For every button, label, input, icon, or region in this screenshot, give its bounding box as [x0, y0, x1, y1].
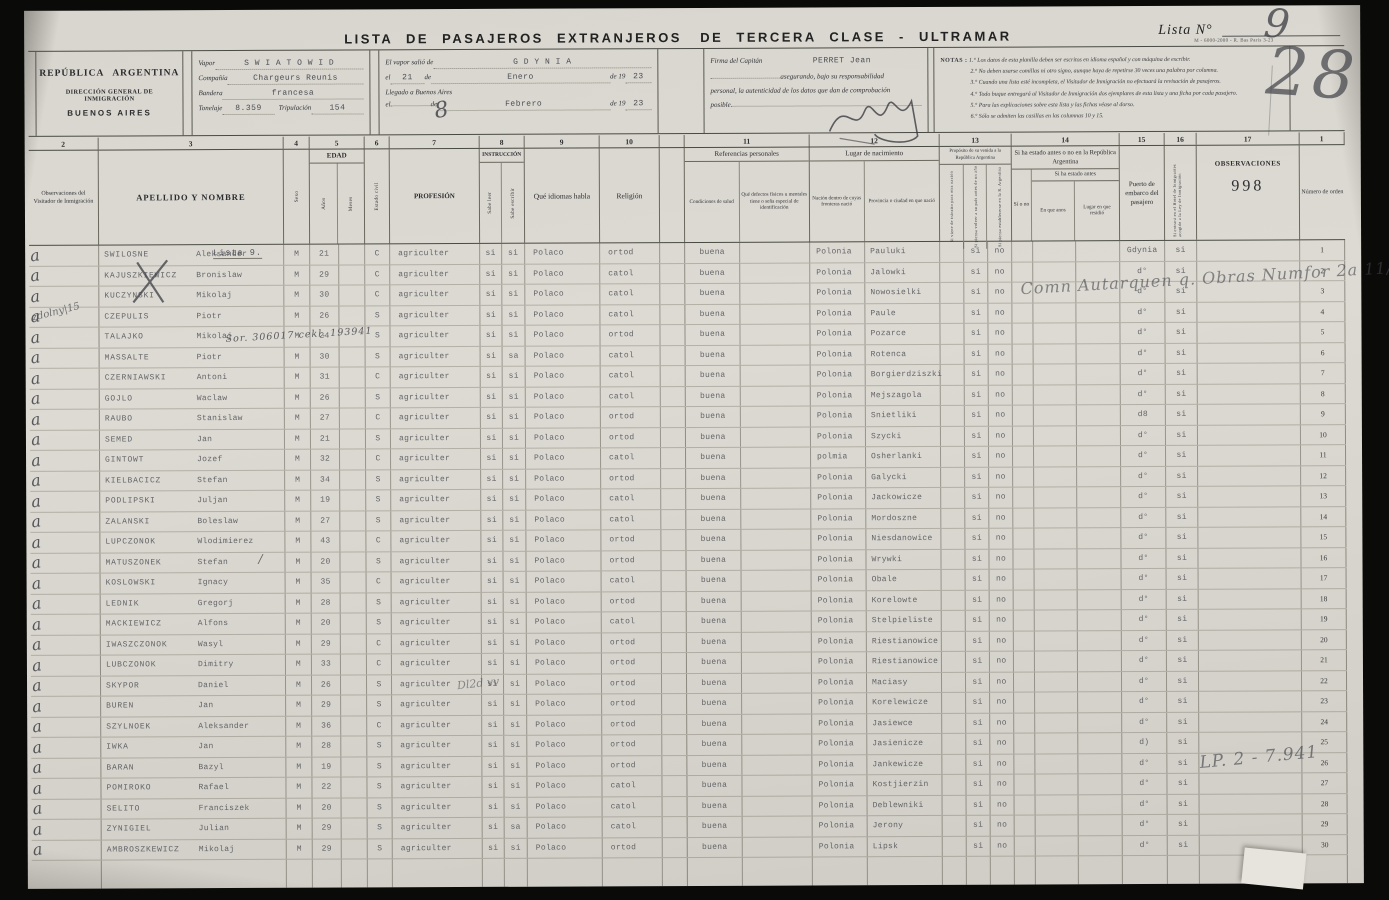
cell-estado-civil: C — [367, 572, 392, 592]
cell-en-que-anos — [1035, 672, 1078, 692]
cell-salud: buena — [687, 673, 742, 693]
cell-sabe-leer: si — [480, 244, 502, 264]
cell-establecerse: no — [989, 508, 1013, 528]
cell-sabe-leer: si — [482, 572, 504, 592]
cell-idiomas: Polaco — [526, 366, 601, 386]
cell-salud: buena — [688, 796, 743, 816]
cell-sexo: M — [286, 573, 312, 593]
cell-estado-civil: S — [367, 695, 392, 715]
cell-meses — [342, 839, 368, 859]
cell-nacion: Polonia — [811, 345, 866, 365]
cell-profesion: agriculter — [391, 490, 481, 510]
cell-establecerse: no — [991, 836, 1015, 856]
cell-salud: buena — [686, 448, 741, 468]
cell-anos: 29 — [313, 839, 342, 859]
cell-ciudad: Jalowki — [865, 262, 940, 282]
cell-estado-antes — [1014, 693, 1035, 713]
cell-defectos — [742, 734, 812, 754]
cell-estado-antes — [1014, 754, 1035, 774]
cell-name: AMBROSZKEWICZMikolaj — [102, 839, 287, 859]
vapor-label: Vapor — [198, 59, 215, 67]
cell-defectos — [742, 611, 812, 631]
cell-lugar-residio — [1078, 631, 1122, 651]
cell-anos: 30 — [311, 347, 340, 367]
cell-sexo — [287, 860, 313, 888]
cell-nacion: Polonia — [813, 816, 868, 836]
cell-transito — [942, 590, 966, 610]
col-num: 2 — [29, 138, 99, 150]
cell-puerto: d° — [1123, 794, 1168, 814]
col-num: 10 — [600, 135, 660, 147]
captain-box: Firma del CapitánPERRET Jean asegurando,… — [703, 48, 928, 133]
cell-meses — [339, 244, 365, 264]
cell-blank — [661, 469, 686, 489]
cell-profesion: agriculter — [392, 695, 482, 715]
cell-religion: catol — [601, 387, 661, 407]
cell-sexo: M — [286, 593, 312, 613]
cell-ciudad: Korelowte — [867, 590, 942, 610]
cell-sabe-leer: si — [482, 736, 504, 756]
cell-establecerse: no — [990, 570, 1014, 590]
cell-idiomas: Polaco — [528, 838, 603, 858]
cell-numero-orden: 11 — [1301, 445, 1346, 465]
cell-establecerse: no — [990, 672, 1014, 692]
cell-establecerse: no — [988, 283, 1012, 303]
cell-sabe-escribir: si — [503, 531, 526, 551]
cell-profesion: agriculter — [390, 285, 480, 305]
col-num: 5 — [310, 136, 365, 148]
col-num: 17 — [1197, 132, 1300, 144]
cell-establecerse: no — [989, 385, 1013, 405]
cell-hotel: si — [1165, 323, 1197, 343]
cell-anos: 29 — [312, 696, 341, 716]
cell-lugar-residio — [1078, 774, 1122, 794]
cell-observaciones — [1198, 486, 1301, 506]
col-header-apellido: APELLIDO Y NOMBRE — [99, 150, 283, 245]
cell-sabe-leer: si — [480, 305, 502, 325]
cell-salud: buena — [687, 653, 742, 673]
cell-religion: ortod — [601, 551, 661, 571]
col-header-estado-antes: Si ha estado antes o no en la República … — [1012, 146, 1119, 169]
cell-visitador-mark: a — [31, 779, 101, 799]
cell-estado-civil: S — [366, 490, 391, 510]
cell-transito — [942, 652, 966, 672]
cell-anos: 21 — [311, 429, 340, 449]
cell-observaciones — [1198, 384, 1301, 404]
cell-religion: ortod — [602, 715, 662, 735]
cell-visitador-mark: a — [30, 451, 100, 471]
cell-establecerse: no — [990, 631, 1014, 651]
salio-month: Enero — [431, 72, 610, 84]
cell-en-que-anos — [1033, 241, 1076, 261]
ship-box: VaporS W I A T O W I D CompañíaChargeurs… — [191, 50, 370, 135]
col-num: 13 — [940, 134, 1012, 146]
cell-estado-antes — [1013, 447, 1034, 467]
cell-visitador-mark: a — [31, 656, 101, 676]
cell-ciudad: Paule — [865, 303, 940, 323]
cell-defectos — [741, 406, 811, 426]
cell-transito — [942, 734, 966, 754]
cell-meses — [339, 285, 365, 305]
cell-puerto: d° — [1122, 692, 1167, 712]
cell-blank — [660, 284, 685, 304]
cell-idiomas: Polaco — [527, 776, 602, 796]
cell-numero-orden: 18 — [1302, 589, 1347, 609]
cell-anos: 29 — [313, 819, 342, 839]
cell-nacion: Polonia — [812, 591, 867, 611]
cell-visitador-mark: a — [30, 512, 100, 532]
salio-port: G D Y N I A — [433, 57, 651, 69]
cell-anos: 21 — [310, 245, 339, 265]
cell-lugar-residio — [1078, 569, 1122, 589]
cell-defectos — [742, 652, 812, 672]
cell-volver: si — [967, 836, 991, 856]
cell-nacion: Polonia — [812, 632, 867, 652]
voyage-box: El vapor salió deG D Y N I A el21 deEner… — [378, 49, 658, 134]
cell-salud: buena — [687, 714, 742, 734]
cell-visitador-mark: a — [31, 574, 101, 594]
cell-sexo: M — [287, 819, 313, 839]
cell-blank — [661, 407, 686, 427]
cell-blank — [661, 551, 686, 571]
cell-puerto: d) — [1122, 733, 1167, 753]
col-header-numero-orden: Número de orden — [1300, 145, 1345, 239]
cell-nacion: Polonia — [812, 734, 867, 754]
col-num: 3 — [99, 137, 284, 150]
cell-estado-antes — [1013, 365, 1034, 385]
cell-estado-civil: S — [366, 429, 391, 449]
cell-volver: si — [965, 385, 989, 405]
cell-hotel: si — [1168, 815, 1200, 835]
col-header-sabe-escribir: Sabe escribir — [510, 187, 516, 218]
cell-numero-orden: 29 — [1303, 814, 1348, 834]
cell-sabe-escribir: si — [504, 715, 527, 735]
cell-estado-antes — [1015, 836, 1036, 856]
cell-observaciones — [1198, 445, 1301, 465]
cell-salud: buena — [687, 571, 742, 591]
cell-salud: buena — [687, 694, 742, 714]
vapor-value: S W I A T O W I D — [215, 58, 363, 70]
cell-sexo: M — [285, 511, 311, 531]
cell-blank — [662, 735, 687, 755]
cell-ciudad: Pozarce — [865, 324, 940, 344]
cell-hotel: si — [1167, 712, 1199, 732]
cell-meses — [340, 470, 366, 490]
cell-observaciones — [1199, 589, 1302, 609]
cell-numero-orden: 5 — [1300, 322, 1345, 342]
cell-volver: si — [964, 262, 988, 282]
cell-idiomas: Polaco — [527, 715, 602, 735]
cell-religion: catol — [601, 366, 661, 386]
cell-volver: si — [965, 467, 989, 487]
cell-nacion: Polonia — [811, 427, 866, 447]
cell-blank — [661, 387, 686, 407]
cell-anos: 29 — [312, 634, 341, 654]
cell-estado-antes — [1015, 816, 1036, 836]
cell-volver: si — [965, 529, 989, 549]
cell-en-que-anos — [1033, 303, 1076, 323]
cell-volver: si — [965, 488, 989, 508]
cell-salud — [688, 858, 743, 886]
cell-lugar-residio — [1078, 590, 1122, 610]
cell-en-que-anos — [1034, 344, 1077, 364]
cell-defectos — [741, 550, 811, 570]
cell-blank — [663, 797, 688, 817]
cell-name: POMIROKORafael — [101, 778, 286, 798]
cell-blank — [662, 633, 687, 653]
cell-sexo: M — [286, 737, 312, 757]
cell-numero-orden: 1 — [1300, 240, 1345, 260]
cell-puerto: d° — [1120, 302, 1165, 322]
cell-sabe-leer: si — [482, 654, 504, 674]
column-header-row: Observaciones del Visitador de Inmigraci… — [29, 145, 1345, 246]
cell-numero-orden: 24 — [1302, 712, 1347, 732]
cell-salud: buena — [687, 632, 742, 652]
cell-sabe-escribir: si — [504, 736, 527, 756]
cell-name: ZALANSKIBoleslaw — [100, 511, 285, 531]
cell-sabe-leer: si — [481, 387, 503, 407]
cell-observaciones — [1199, 691, 1302, 711]
cell-transito — [940, 262, 964, 282]
cell-religion: ortod — [601, 407, 661, 427]
cell-blank — [661, 346, 686, 366]
cell-visitador-mark: a — [30, 553, 100, 573]
cell-ciudad: Szycki — [866, 426, 941, 446]
cell-profesion: agriculter — [392, 572, 482, 592]
cell-ciudad: Jankewicze — [867, 754, 942, 774]
cell-meses — [341, 757, 367, 777]
cell-sabe-escribir: si — [504, 633, 527, 653]
cell-defectos — [741, 488, 811, 508]
cell-sexo: M — [285, 429, 311, 449]
cell-lugar-residio — [1079, 815, 1123, 835]
cell-estado-civil: C — [367, 654, 392, 674]
cell-puerto — [1123, 856, 1168, 884]
cell-sabe-escribir: si — [502, 326, 525, 346]
cell-idiomas: Polaco — [527, 633, 602, 653]
cell-puerto: Gdynia — [1120, 241, 1165, 261]
cell-estado-antes — [1014, 713, 1035, 733]
cell-blank — [662, 694, 687, 714]
cell-sabe-leer: si — [483, 818, 505, 838]
cell-puerto: d8 — [1121, 405, 1166, 425]
cell-en-que-anos — [1035, 733, 1078, 753]
col-num: 14 — [1012, 133, 1120, 145]
cell-volver: si — [966, 590, 990, 610]
llegada-year: 23 — [625, 99, 651, 110]
cell-sexo: M — [284, 265, 310, 285]
cell-en-que-anos — [1036, 836, 1079, 856]
cell-hotel: si — [1167, 671, 1199, 691]
col-header-lugar-nacimiento: Lugar de nacimiento — [810, 147, 939, 162]
cell-idiomas: Polaco — [525, 243, 600, 263]
cell-blank — [663, 858, 688, 886]
cell-estado-civil: C — [365, 265, 390, 285]
cell-religion: catol — [603, 817, 663, 837]
cell-observaciones — [1198, 425, 1301, 445]
cell-ciudad: Riestianowice — [867, 652, 942, 672]
cell-name: KUCZYNSKIMikolaj — [99, 286, 284, 306]
org-country-right: ARGENTINA — [112, 68, 179, 78]
page-title-left: LISTA DE PASAJEROS EXTRANJEROS — [344, 30, 682, 46]
cell-idiomas: Polaco — [525, 325, 600, 345]
cell-establecerse: no — [990, 652, 1014, 672]
cell-salud: buena — [686, 530, 741, 550]
cell-estado-civil: C — [366, 531, 391, 551]
cell-visitador-mark: a — [30, 533, 100, 553]
cell-en-que-anos — [1034, 467, 1077, 487]
cell-name: LEDNIKGregorj — [101, 593, 286, 613]
cell-volver: si — [966, 734, 990, 754]
cell-sabe-leer: si — [482, 613, 504, 633]
cell-defectos — [741, 427, 811, 447]
cell-name: SZYLNOEKAleksander — [101, 716, 286, 736]
tonelaje-label: Tonelaje — [198, 104, 222, 112]
cell-transito — [942, 672, 966, 692]
cell-sabe-escribir — [505, 859, 528, 887]
de19-label: de 19 — [610, 72, 625, 80]
salio-year: 23 — [625, 72, 651, 83]
cell-hotel: si — [1166, 364, 1198, 384]
cell-observaciones — [1199, 609, 1302, 629]
nota-6: 6.° Sólo se admiten las casillas en las … — [941, 110, 1284, 123]
cell-anos: 28 — [312, 737, 341, 757]
cell-puerto: d° — [1122, 630, 1167, 650]
cell-numero-orden: 15 — [1301, 527, 1346, 547]
cell-estado-antes — [1014, 631, 1035, 651]
cell-idiomas: Polaco — [526, 346, 601, 366]
cell-puerto: d° — [1122, 774, 1167, 794]
cell-en-que-anos — [1034, 528, 1077, 548]
cell-salud: buena — [686, 407, 741, 427]
cell-blank — [662, 674, 687, 694]
cell-nacion: Polonia — [812, 714, 867, 734]
bandera-value: francesa — [223, 88, 364, 100]
cell-nacion: Polonia — [811, 365, 866, 385]
cell-sabe-escribir: si — [502, 305, 525, 325]
cell-nacion: Polonia — [812, 652, 867, 672]
cell-lugar-residio — [1077, 487, 1121, 507]
cell-defectos — [741, 365, 811, 385]
cell-en-que-anos — [1034, 405, 1077, 425]
compania-value: Chargeurs Reunis — [228, 73, 364, 85]
cell-puerto: d° — [1122, 569, 1167, 589]
cell-anos — [313, 860, 342, 888]
cell-salud: buena — [687, 735, 742, 755]
cell-puerto: d° — [1122, 589, 1167, 609]
cell-transito — [940, 283, 964, 303]
tripulacion-value: 154 — [311, 103, 363, 114]
cell-religion: catol — [602, 571, 662, 591]
cell-establecerse: no — [989, 467, 1013, 487]
cell-meses — [341, 675, 367, 695]
cell-idiomas: Polaco — [527, 571, 602, 591]
cell-hotel: si — [1167, 733, 1199, 753]
cell-estado-civil: S — [367, 593, 392, 613]
cell-profesion: agriculter — [393, 818, 483, 838]
cell-anos: 35 — [312, 573, 341, 593]
cell-estado-antes — [1014, 570, 1035, 590]
cell-idiomas: Polaco — [528, 797, 603, 817]
cell-visitador-mark: a — [30, 369, 100, 389]
cell-observaciones — [1198, 363, 1301, 383]
cell-observaciones — [1199, 650, 1302, 670]
cell-transito — [941, 529, 965, 549]
cell-volver: si — [965, 426, 989, 446]
cell-lugar-residio — [1076, 323, 1120, 343]
form-header-band: REPÚBLICA ARGENTINA DIRECCIÓN GENERAL DE… — [28, 45, 1344, 137]
cell-profesion: agriculter — [391, 510, 481, 530]
sheet-stamp-998: 998 — [1197, 177, 1299, 195]
col-header-condiciones-salud: Condiciones de salud — [685, 162, 740, 242]
cell-blank — [662, 592, 687, 612]
cell-anos: 26 — [312, 675, 341, 695]
cell-lugar-residio — [1077, 508, 1121, 528]
cell-meses — [341, 613, 367, 633]
col-header-religion: Religión — [600, 148, 659, 242]
cell-visitador-mark: a — [29, 266, 99, 286]
cell-meses — [340, 347, 366, 367]
cell-religion: catol — [601, 489, 661, 509]
cell-observaciones — [1198, 343, 1301, 363]
cell-profesion: agriculter — [391, 387, 481, 407]
cell-puerto: d° — [1121, 507, 1166, 527]
cell-meses — [342, 818, 368, 838]
cell-en-que-anos — [1034, 508, 1077, 528]
cell-visitador-mark: a — [29, 328, 99, 348]
cell-estado-civil: C — [367, 716, 392, 736]
cell-sabe-leer: si — [481, 367, 503, 387]
cell-name: MASSALTEPiotr — [100, 347, 285, 367]
col-num: 9 — [525, 135, 600, 147]
cell-name: LUBCZONOKDimitry — [101, 655, 286, 675]
cell-sabe-leer: si — [481, 469, 503, 489]
cell-hotel: si — [1168, 794, 1200, 814]
cell-hotel: si — [1167, 569, 1199, 589]
cell-meses — [342, 859, 368, 887]
llegada-month: Febrero — [437, 99, 610, 111]
cell-nacion: Polonia — [811, 550, 866, 570]
cell-establecerse: no — [990, 775, 1014, 795]
cell-observaciones — [1197, 302, 1300, 322]
cell-meses — [340, 531, 366, 551]
cell-meses — [341, 777, 367, 797]
cell-transito — [941, 385, 965, 405]
cell-blank — [662, 756, 687, 776]
cell-defectos — [743, 796, 813, 816]
cell-lugar-residio — [1078, 713, 1122, 733]
cell-lugar-residio — [1076, 241, 1120, 261]
cell-sabe-escribir: si — [504, 777, 527, 797]
cell-sabe-escribir: si — [503, 449, 526, 469]
cell-blank — [660, 264, 685, 284]
cell-religion: ortod — [602, 694, 662, 714]
cell-lugar-residio — [1077, 528, 1121, 548]
cell-ciudad: Mejszagola — [866, 385, 941, 405]
cell-volver: si — [966, 713, 990, 733]
cell-volver: si — [966, 672, 990, 692]
cell-ciudad: Wrywki — [866, 549, 941, 569]
cell-meses — [340, 388, 366, 408]
cell-religion: ortod — [601, 530, 661, 550]
cell-hotel: si — [1166, 343, 1198, 363]
cell-sexo: M — [285, 450, 311, 470]
cell-sabe-escribir: si — [503, 408, 526, 428]
cell-defectos — [742, 632, 812, 652]
cell-puerto: d° — [1122, 753, 1167, 773]
cell-name: PODLIPSKIJuljan — [100, 491, 285, 511]
cell-transito — [942, 713, 966, 733]
